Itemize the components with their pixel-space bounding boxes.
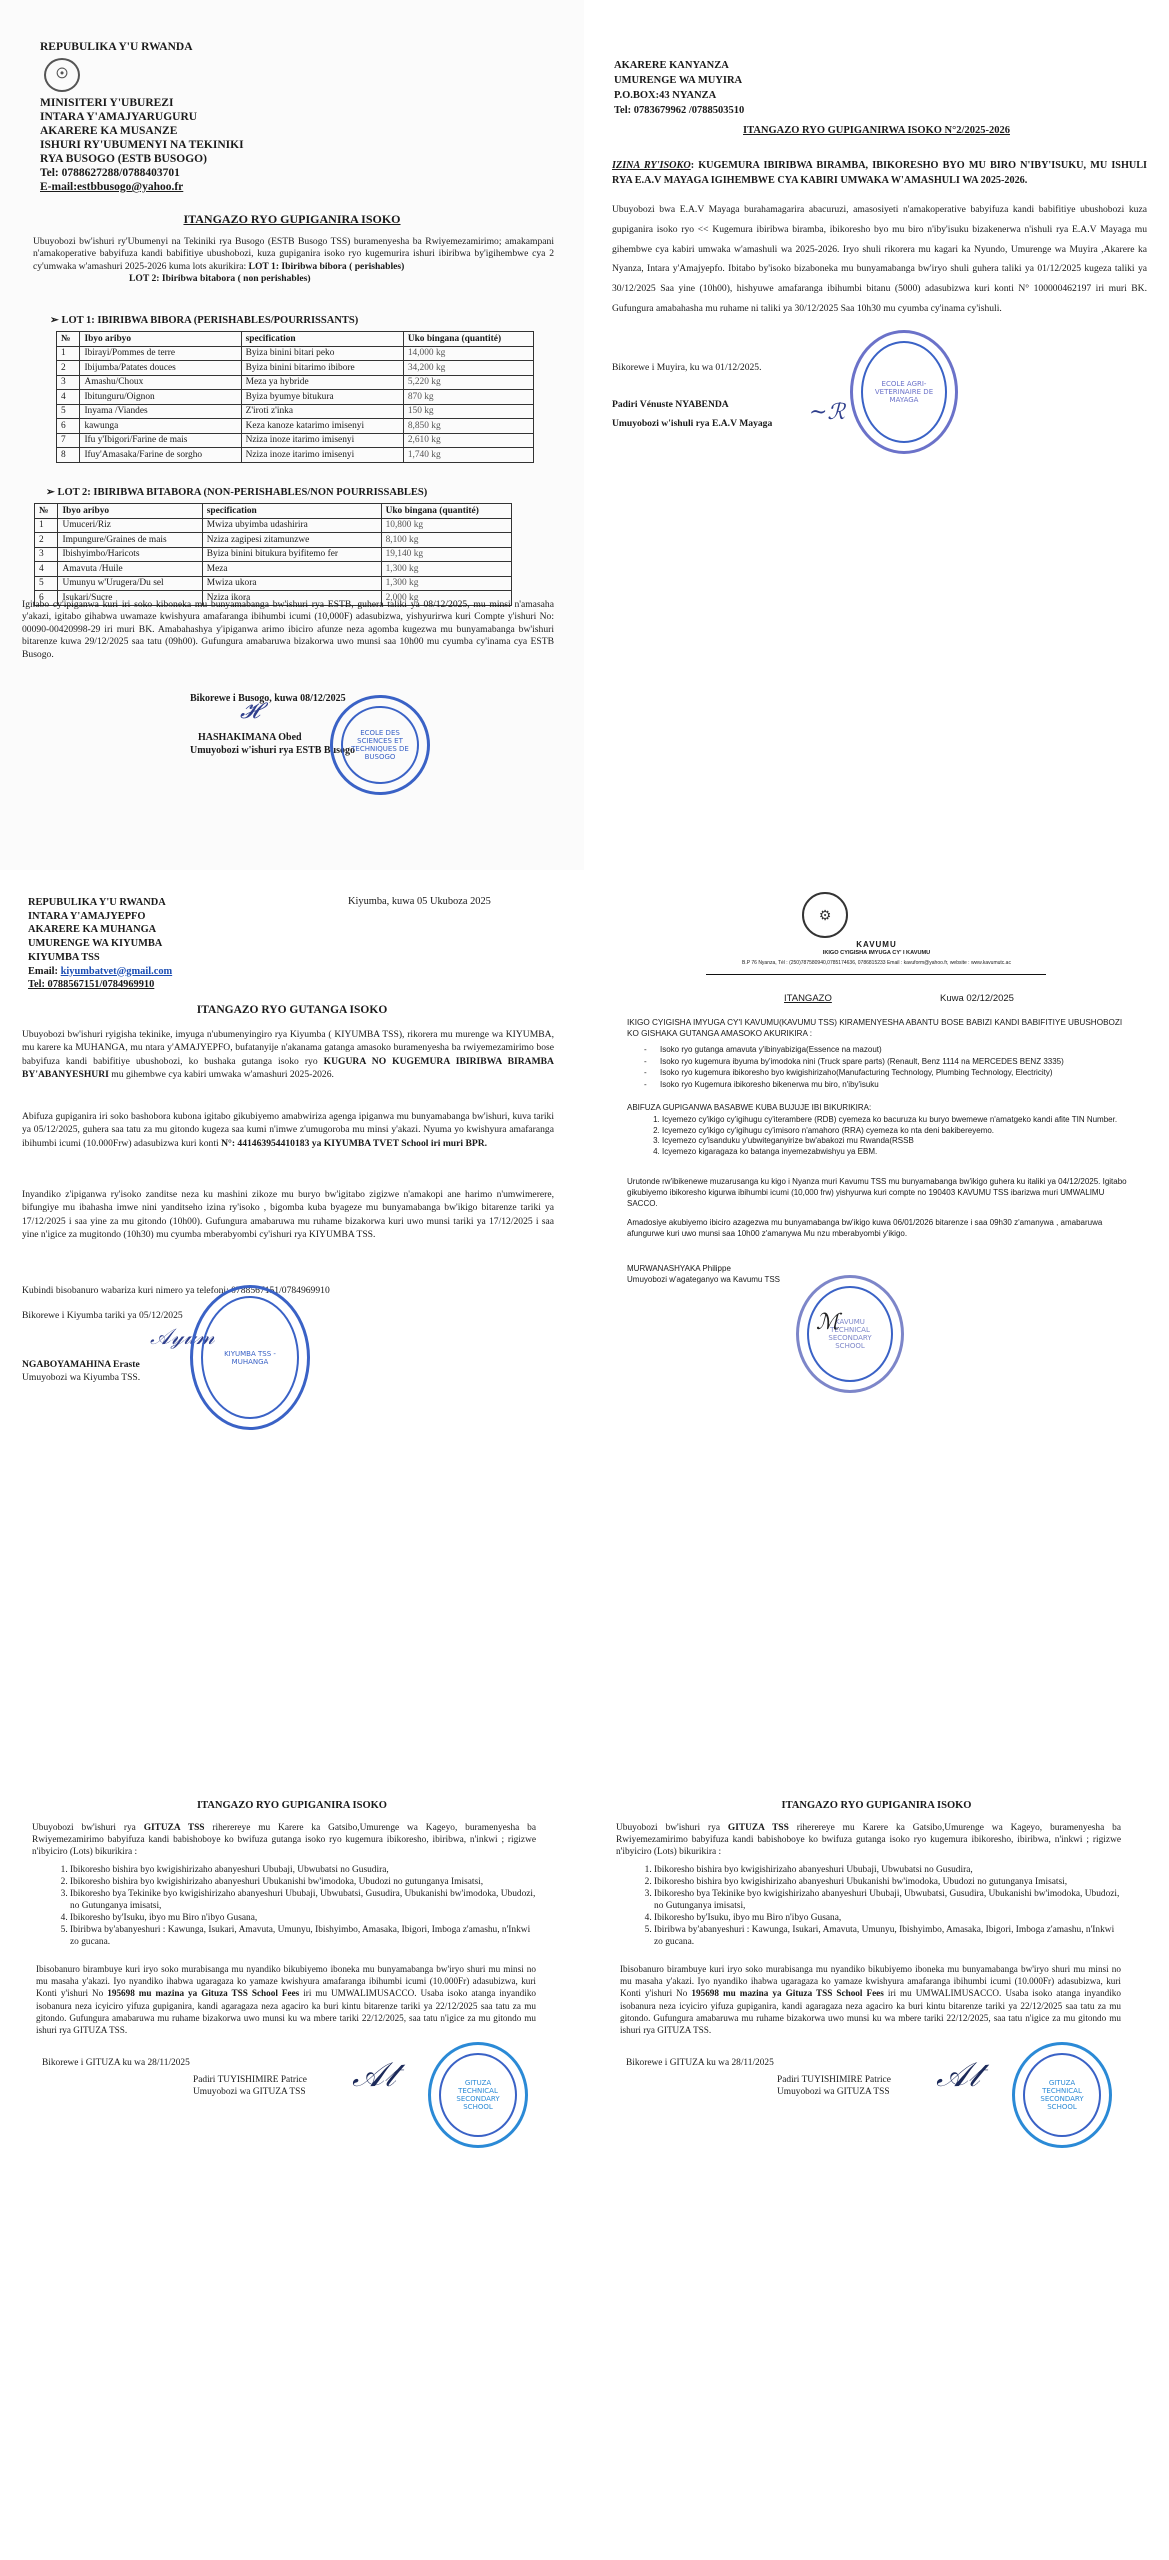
email-link[interactable]: E-mail:estbbusogo@yahoo.fr [40, 180, 244, 194]
signature-block: NGABOYAMAHINA Eraste Umuyobozi wa Kiyumb… [22, 1358, 140, 1384]
header-line: RYA BUSOGO (ESTB BUSOGO) [40, 152, 244, 166]
lot-item: Ibikoresho bishira byo kwigishirizaho ab… [70, 1864, 536, 1876]
school-name: GITUZA TSS [144, 1823, 205, 1833]
table-cell: Nziza inoze itarimo imisenyi [241, 433, 403, 448]
table-cell: 10,800 kg [381, 518, 511, 533]
signatory-name: NGABOYAMAHINA Eraste [22, 1358, 140, 1371]
column-header: specification [202, 504, 381, 519]
institution-name: IKIGO CYIGISHA IMYUGA CY' I KAVUMU [584, 950, 1169, 956]
seal-text: KIYUMBA TSS - MUHANGA [220, 1350, 280, 1366]
seal-text: ECOLE DES SCIENCES ET TECHNIQUES DE BUSO… [350, 729, 410, 761]
column-header: № [57, 332, 80, 347]
school-seal-icon: GITUZA TECHNICAL SECONDARY SCHOOL [1012, 2042, 1112, 2148]
notice-title: ITANGAZO RYO GUPIGANIRA ISOKO [584, 1800, 1169, 1811]
school-seal-icon: KAVUMU TECHNICAL SECONDARY SCHOOL [796, 1275, 904, 1393]
handwritten-signature: ℳ [816, 1310, 840, 1335]
signatory-name: MURWANASHYAKA Philippe [627, 1264, 780, 1275]
table-cell: 8,100 kg [381, 533, 511, 548]
table-cell: Nziza zagipesi zitamunzwe [202, 533, 381, 548]
lot-item: Ibikoresho bishira byo kwigishirizaho ab… [654, 1864, 1121, 1876]
table-cell: 3 [35, 547, 58, 562]
eav-mayaga-notice: AKARERE KANYANZA UMURENGE WA MUYIRA P.O.… [584, 0, 1169, 870]
lot-item: Ibikoresho bishira byo kwigishirizaho ab… [70, 1876, 536, 1888]
header-divider [706, 974, 1046, 975]
table-cell: 5,220 kg [403, 375, 533, 390]
contact-line: Kubindi bisobanuro wabariza kuri nimero … [22, 1285, 330, 1296]
email-link[interactable]: kiyumbatvet@gmail.com [61, 966, 173, 977]
phone-line: Tel: 0788567151/0784969910 [28, 978, 172, 992]
table-cell: Nziza inoze itarimo imisenyi [241, 448, 403, 463]
table-header-row: №Ibyo aribyospecificationUko bingana (qu… [57, 332, 534, 347]
notice-title: ITANGAZO RYO GUPIGANIRA ISOKO [0, 1800, 584, 1811]
estb-busogo-notice: REPUBULIKA Y'U RWANDA ☉ MINISITERI Y'UBU… [0, 0, 584, 870]
requirement-item: Icyemezo kigaragaza ko batanga inyemezab… [662, 1147, 1129, 1158]
table-row: 6kawungaKeza kanoze katarimo imisenyi8,8… [57, 419, 534, 434]
table-cell: Keza kanoze katarimo imisenyi [241, 419, 403, 434]
table-cell: 34,200 kg [403, 361, 533, 376]
table-cell: 1 [35, 518, 58, 533]
notice-title: ITANGAZO RYO GUPIGANIRWA ISOKO N°2/2025-… [584, 125, 1169, 136]
requirement-item: Icyemezo cy'ikigo cy'igihugu cy'imisoro … [662, 1126, 1129, 1137]
table-cell: 2 [35, 533, 58, 548]
lot2-table: №Ibyo aribyospecificationUko bingana (qu… [34, 503, 512, 606]
school-logo-icon: ⚙ [802, 892, 848, 938]
header-line: KIYUMBA TSS [28, 951, 172, 965]
requirement-item: Icyemezo cy'isanduku y'ubwiteganyirize b… [662, 1136, 1129, 1147]
account-number: 195698 mu mazina ya Gituza TSS School Fe… [691, 1988, 883, 1998]
document-purchase-paragraph: Urutonde rw'ibikenewe muzarusanga ku kig… [627, 1177, 1129, 1209]
school-seal-icon: ECOLE DES SCIENCES ET TECHNIQUES DE BUSO… [330, 695, 430, 795]
account-number: 195698 mu mazina ya Gituza TSS School Fe… [107, 1988, 299, 1998]
table-cell: 870 kg [403, 390, 533, 405]
lot2-line: LOT 2: Ibiribwa bitabora ( non perishabl… [33, 273, 554, 285]
header-line: P.O.BOX:43 NYANZA [614, 88, 744, 103]
seal-text: ECOLE AGRI-VETERINAIRE DE MAYAGA [874, 380, 934, 404]
table-cell: 4 [57, 390, 80, 405]
seal-text: GITUZA TECHNICAL SECONDARY SCHOOL [448, 2079, 508, 2111]
place-date: Bikorewe i GITUZA ku wa 28/11/2025 [626, 2058, 774, 2068]
lot-item: Ibikoresho by'Isuku, ibyo mu Biro n'ibyo… [70, 1912, 536, 1924]
column-header: Ibyo aribyo [80, 332, 241, 347]
table-row: 4Ibitunguru/OignonByiza byumye bitukura8… [57, 390, 534, 405]
header-line: AKARERE KA MUSANZE [40, 124, 244, 138]
handwritten-signature: 𝒜𝓉 [936, 2055, 980, 2095]
kiyumba-tss-notice: REPUBULIKA Y'U RWANDA INTARA Y'AMAJYEPFO… [0, 870, 584, 1430]
table-cell: Umuceri/Riz [58, 518, 202, 533]
signatory-title: Umuyobozi wa GITUZA TSS [193, 2086, 307, 2098]
lots-list: Ibikoresho bishira byo kwigishirizaho ab… [70, 1864, 536, 1948]
tender-list: Isoko ryo gutanga amavuta y'ibinyabiziga… [644, 1045, 1129, 1091]
place-date: Bikorewe i Muyira, ku wa 01/12/2025. [612, 362, 761, 373]
table-cell: 150 kg [403, 404, 533, 419]
table-row: 1Umuceri/RizMwiza ubyimba udashirira10,8… [35, 518, 512, 533]
table-cell: 1 [57, 346, 80, 361]
table-row: 3Amashu/ChouxMeza ya hybride5,220 kg [57, 375, 534, 390]
table-cell: Meza [202, 562, 381, 577]
signatory-title: Umuyobozi w'ishuli rya E.A.V Mayaga [612, 414, 772, 433]
table-cell: 1,740 kg [403, 448, 533, 463]
table-cell: Impungure/Graines de mais [58, 533, 202, 548]
lots-list: Ibikoresho bishira byo kwigishirizaho ab… [654, 1864, 1121, 1948]
signatory-title: Umuyobozi wa Kiyumba TSS. [22, 1371, 140, 1384]
subject-text: : KUGEMURA IBIRIBWA BIRAMBA, IBIKORESHO … [612, 160, 1147, 186]
table-cell: Byiza binini bitukura byifitemo fer [202, 547, 381, 562]
table-cell: Ibijumba/Patates douces [80, 361, 241, 376]
table-cell: kawunga [80, 419, 241, 434]
table-row: 7Ifu y'Ibigori/Farine de maisNziza inoze… [57, 433, 534, 448]
table-cell: Ibitunguru/Oignon [80, 390, 241, 405]
intro-paragraph: IKIGO CYIGISHA IMYUGA CY'I KAVUMU(KAVUMU… [627, 1017, 1129, 1039]
table-cell: 1,300 kg [381, 562, 511, 577]
header-line: REPUBULIKA Y'U RWANDA [40, 40, 244, 54]
lot-item: Ibikoresho bishira byo kwigishirizaho ab… [654, 1876, 1121, 1888]
table-cell: Ifu y'Ibigori/Farine de mais [80, 433, 241, 448]
lot1-heading: ➢ LOT 1: IBIRIBWA BIBORA (PERISHABLES/PO… [50, 314, 358, 326]
lot1-table: №Ibyo aribyospecificationUko bingana (qu… [56, 331, 534, 463]
lot-item: Ibikoresho bya Tekinike byo kwigishiriza… [654, 1888, 1121, 1912]
tender-item: Isoko ryo gutanga amavuta y'ibinyabiziga… [644, 1045, 1129, 1056]
intro-text: Ubuyobozi bw'ishuri rya [616, 1823, 728, 1833]
logo-name: KAVUMU [584, 940, 1169, 949]
intro-paragraph: Ubuyobozi bw'ishuri rya GITUZA TSS riher… [32, 1822, 536, 1859]
requirement-item: Icyemezo cy'ikigo cy'igihugu cy'iterambe… [662, 1115, 1129, 1126]
table-cell: 7 [57, 433, 80, 448]
lot1-line: LOT 1: Ibiribwa bibora ( perishables) [249, 261, 405, 272]
header-line: AKARERE KA MUHANGA [28, 923, 172, 937]
closing-paragraph: Igitabo cy'ipiganwa kuri iri soko kibone… [22, 599, 554, 661]
intro-paragraph: Ubuyobozi bw'ishuri ryigisha tekinike, i… [22, 1028, 554, 1082]
column-header: Uko bingana (quantité) [381, 504, 511, 519]
table-cell: 2 [57, 361, 80, 376]
coat-of-arms-icon: ☉ [44, 58, 80, 92]
table-cell: 8,850 kg [403, 419, 533, 434]
requirements-list: Icyemezo cy'ikigo cy'igihugu cy'iterambe… [646, 1115, 1129, 1157]
gituza-tss-notice-copy: ITANGAZO RYO GUPIGANIRA ISOKO Ubuyobozi … [584, 1770, 1169, 2290]
contact-line: B.P 76 Nyanza, Tél : (250)787580940,0785… [584, 960, 1169, 966]
signatory-title: Umuyobozi wa GITUZA TSS [777, 2086, 891, 2098]
table-row: 8Ifuy'Amasaka/Farine de sorghoNziza inoz… [57, 448, 534, 463]
notice-date: Kiyumba, kuwa 05 Ukuboza 2025 [348, 896, 491, 907]
header-line: Tel: 0788627288/0788403701 [40, 166, 244, 180]
table-cell: 14,000 kg [403, 346, 533, 361]
table-row: 1Ibirayi/Pommes de terreByiza binini bit… [57, 346, 534, 361]
school-name: GITUZA TSS [728, 1823, 789, 1833]
table-row: 4Amavuta /HuileMeza1,300 kg [35, 562, 512, 577]
lot2-heading-text: LOT 2: IBIRIBWA BITABORA (NON-PERISHABLE… [57, 487, 427, 498]
lot-item: Ibiribwa by'abanyeshuri : Kawunga, Isuka… [70, 1924, 536, 1948]
intro-text: Ubuyobozi bw'ishuri rya [32, 1823, 144, 1833]
place-date: Bikorewe i GITUZA ku wa 28/11/2025 [42, 2058, 190, 2068]
school-seal-icon: GITUZA TECHNICAL SECONDARY SCHOOL [428, 2042, 528, 2148]
header-line: AKARERE KANYANZA [614, 58, 744, 73]
place-date: Bikorewe i Kiyumba tariki ya 05/12/2025 [22, 1310, 183, 1321]
details-paragraph: Ibisobanuro birambuye kuri iryo soko mur… [36, 1963, 536, 2036]
header-line: MINISITERI Y'UBUREZI [40, 96, 244, 110]
column-header: № [35, 504, 58, 519]
seal-text: GITUZA TECHNICAL SECONDARY SCHOOL [1032, 2079, 1092, 2111]
table-cell: Byiza binini bitari peko [241, 346, 403, 361]
table-cell: Umunyu w'Urugera/Du sel [58, 576, 202, 591]
school-seal-icon: KIYUMBA TSS - MUHANGA [190, 1285, 310, 1430]
table-cell: Ifuy'Amasaka/Farine de sorgho [80, 448, 241, 463]
intro-paragraph: Ubuyobozi bw'ishuri rya GITUZA TSS riher… [616, 1822, 1121, 1859]
tender-item: Isoko ryo Kugemura ibikoresho bikenerwa … [644, 1080, 1129, 1091]
email-label: Email: [28, 966, 61, 977]
kavumu-tss-notice: ⚙ KAVUMU IKIGO CYIGISHA IMYUGA CY' I KAV… [584, 870, 1169, 1430]
table-row: 3Ibishyimbo/HaricotsByiza binini bitukur… [35, 547, 512, 562]
table-cell: Mwiza ukora [202, 576, 381, 591]
table-cell: Meza ya hybride [241, 375, 403, 390]
table-row: 5Inyama /ViandesZ'iroti z'inka150 kg [57, 404, 534, 419]
header-line: ISHURI RY'UBUMENYI NA TEKINIKI [40, 138, 244, 152]
lot2-heading: ➢ LOT 2: IBIRIBWA BITABORA (NON-PERISHAB… [46, 486, 427, 498]
table-cell: Amavuta /Huile [58, 562, 202, 577]
table-cell: 1,300 kg [381, 576, 511, 591]
table-cell: 19,140 kg [381, 547, 511, 562]
signatory-name: Padiri TUYISHIMIRE Patrice [777, 2074, 891, 2086]
requirements-heading: ABIFUZA GUPIGANWA BASABWE KUBA BUJUJE IB… [627, 1103, 871, 1112]
table-cell: 5 [35, 576, 58, 591]
document-purchase-paragraph: Abifuza gupiganira iri soko bashobora ku… [22, 1110, 554, 1150]
header-line: Tel: 0783679962 /0788503510 [614, 103, 744, 118]
notice-title: ITANGAZO RYO GUPIGANIRA ISOKO [0, 212, 584, 227]
table-cell: Ibirayi/Pommes de terre [80, 346, 241, 361]
intro-end: mu gihembwe cya kabiri umwaka w'amashuri… [109, 1069, 334, 1080]
header-line: UMURENGE WA MUYIRA [614, 73, 744, 88]
body-paragraph: Ubuyobozi bwa E.A.V Mayaga burahamagarir… [612, 200, 1147, 319]
notice-date: Kuwa 02/12/2025 [940, 993, 1014, 1004]
place-date: Bikorewe i Busogo, kuwa 08/12/2025 [190, 692, 355, 705]
table-cell: Amashu/Choux [80, 375, 241, 390]
submission-paragraph: Amadosiye akubiyemo ibiciro azagezwa mu … [627, 1218, 1129, 1240]
header-line: UMURENGE WA KIYUMBA [28, 937, 172, 951]
handwritten-signature: ~ℛ [809, 400, 845, 425]
column-header: Uko bingana (quantité) [403, 332, 533, 347]
signatory-title: Umuyobozi w'agateganyo wa Kavumu TSS [627, 1275, 780, 1286]
intro-paragraph: Ubuyobozi bw'ishuri ry'Ubumenyi na Tekin… [33, 236, 554, 286]
tender-item: Isoko ryo kugemura ibikoresho byo kwigis… [644, 1068, 1129, 1079]
signature-block: Padiri TUYISHIMIRE Patrice Umuyobozi wa … [777, 2074, 891, 2098]
subject-label: IZINA RY'ISOKO [612, 160, 691, 171]
table-cell: Z'iroti z'inka [241, 404, 403, 419]
column-header: specification [241, 332, 403, 347]
lot1-heading-text: LOT 1: IBIRIBWA BIBORA (PERISHABLES/POUR… [61, 315, 358, 326]
lot-item: Ibikoresho bya Tekinike byo kwigishiriza… [70, 1888, 536, 1912]
table-cell: 6 [57, 419, 80, 434]
letterhead: REPUBULIKA Y'U RWANDA INTARA Y'AMAJYEPFO… [28, 896, 172, 992]
tender-item: Isoko ryo kugemura ibyuma by'imodoka nin… [644, 1057, 1129, 1068]
signature-block: Padiri Vénuste NYABENDA Umuyobozi w'ishu… [612, 395, 772, 433]
tender-subject: IZINA RY'ISOKO: KUGEMURA IBIRIBWA BIRAMB… [612, 158, 1147, 188]
table-cell: Inyama /Viandes [80, 404, 241, 419]
table-cell: Mwiza ubyimba udashirira [202, 518, 381, 533]
notice-title: ITANGAZO RYO GUTANGA ISOKO [0, 1004, 584, 1016]
account-number: N°: 441463954410183 ya KIYUMBA TVET Scho… [221, 1138, 487, 1149]
signature-block: MURWANASHYAKA Philippe Umuyobozi w'agate… [627, 1264, 780, 1286]
table-cell: 5 [57, 404, 80, 419]
table-cell: 3 [57, 375, 80, 390]
table-row: 2Ibijumba/Patates doucesByiza binini bit… [57, 361, 534, 376]
table-cell: Ibishyimbo/Haricots [58, 547, 202, 562]
handwritten-signature: 𝒜𝓉 [352, 2055, 396, 2095]
lot-item: Ibiribwa by'abanyeshuri : Kawunga, Isuka… [654, 1924, 1121, 1948]
table-cell: 4 [35, 562, 58, 577]
letterhead: REPUBULIKA Y'U RWANDA ☉ MINISITERI Y'UBU… [40, 40, 244, 194]
details-paragraph: Ibisobanuro birambuye kuri iryo soko mur… [620, 1963, 1121, 2036]
table-cell: Byiza binini bitarimo ibibore [241, 361, 403, 376]
table-header-row: №Ibyo aribyospecificationUko bingana (qu… [35, 504, 512, 519]
header-line: INTARA Y'AMAJYEPFO [28, 910, 172, 924]
table-cell: 2,610 kg [403, 433, 533, 448]
column-header: Ibyo aribyo [58, 504, 202, 519]
signatory-name: Padiri TUYISHIMIRE Patrice [193, 2074, 307, 2086]
signature-block: Padiri TUYISHIMIRE Patrice Umuyobozi wa … [193, 2074, 307, 2098]
gituza-tss-notice: ITANGAZO RYO GUPIGANIRA ISOKO Ubuyobozi … [0, 1770, 584, 2290]
table-row: 2Impungure/Graines de maisNziza zagipesi… [35, 533, 512, 548]
header-line: INTARA Y'AMAJYARUGURU [40, 110, 244, 124]
lot-item: Ibikoresho by'Isuku, ibyo mu Biro n'ibyo… [654, 1912, 1121, 1924]
header-line: REPUBULIKA Y'U RWANDA [28, 896, 172, 910]
email-line: Email: kiyumbatvet@gmail.com [28, 965, 172, 979]
submission-paragraph: Inyandiko z'ipiganwa ry'isoko zanditse n… [22, 1188, 554, 1242]
table-cell: 8 [57, 448, 80, 463]
letterhead: AKARERE KANYANZA UMURENGE WA MUYIRA P.O.… [614, 58, 744, 118]
school-seal-icon: ECOLE AGRI-VETERINAIRE DE MAYAGA [850, 330, 958, 454]
notice-title: ITANGAZO [784, 993, 832, 1004]
table-cell: Byiza byumye bitukura [241, 390, 403, 405]
signatory-name: Padiri Vénuste NYABENDA [612, 395, 772, 414]
table-row: 5Umunyu w'Urugera/Du selMwiza ukora1,300… [35, 576, 512, 591]
